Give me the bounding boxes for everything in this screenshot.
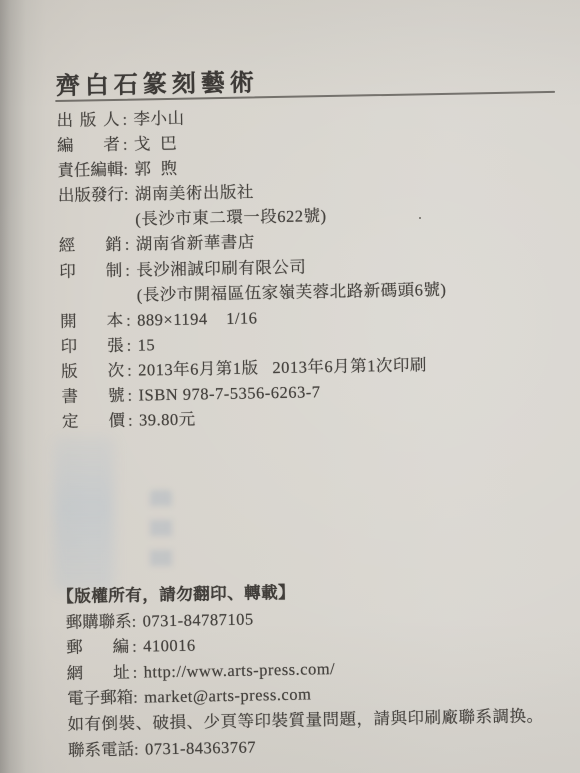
colon-separator: : <box>123 157 134 182</box>
field-label: 版次 <box>61 358 124 384</box>
field-label: 印張 <box>60 333 123 359</box>
field-value: 湖南美術出版社 <box>135 183 254 204</box>
colon-separator: : <box>132 659 143 685</box>
colon-separator: : <box>125 257 136 282</box>
colon-separator: : <box>133 685 144 711</box>
field-value: 410016 <box>143 636 196 656</box>
colon-separator: : <box>131 608 142 634</box>
field-label: 郵編 <box>66 634 129 661</box>
field-label: 開本 <box>60 308 123 334</box>
field-value: (長沙市開福區伍家嶺芙蓉北路新碼頭6號) <box>137 280 447 305</box>
field-value: 2013年6月第1版 2013年6月第1次印刷 <box>138 355 427 379</box>
field-value: 李小山 <box>133 109 184 129</box>
book-title: 齊白石篆刻藝術 <box>56 62 260 101</box>
field-value: market@arts-press.com <box>144 685 312 707</box>
colon-separator: : <box>134 736 145 762</box>
field-value: 長沙湘誠印刷有限公司 <box>136 257 306 279</box>
field-label: 經銷 <box>59 232 122 258</box>
colophon-content: 齊白石篆刻藝術 出版人:李小山 編者:戈 巴 責任編輯:郭 煦 出版發行:湖南美… <box>0 0 580 773</box>
colon-separator: : <box>123 132 134 157</box>
field-label: 出版人 <box>56 107 119 133</box>
field-value: ISBN 978-7-5356-6263-7 <box>138 382 320 404</box>
colon-separator: : <box>126 307 137 332</box>
field-label: 網址 <box>66 660 129 687</box>
book-colophon-page: 齊白石篆刻藝術 出版人:李小山 編者:戈 巴 責任編輯:郭 煦 出版發行:湖南美… <box>0 0 580 773</box>
field-label: 書號 <box>61 383 124 409</box>
colon-separator: : <box>127 358 138 383</box>
colon-separator: : <box>125 232 136 257</box>
publication-info: 出版人:李小山 編者:戈 巴 責任編輯:郭 煦 出版發行:湖南美術出版社 (長沙… <box>56 101 449 434</box>
field-label: 聯系電話 <box>68 736 131 763</box>
field-label: 印制 <box>59 257 122 283</box>
field-value: 15 <box>137 335 155 354</box>
colon-separator: : <box>124 182 135 207</box>
field-value: http://www.arts-press.com/ <box>143 659 335 682</box>
field-value: 戈 巴 <box>134 134 178 154</box>
field-label: 編者 <box>57 132 120 158</box>
field-value: 0731-84363767 <box>145 737 256 758</box>
field-label: 定價 <box>62 408 125 434</box>
colon-separator: : <box>132 634 143 660</box>
field-label: 出版發行 <box>58 182 121 208</box>
field-value: 0731-84787105 <box>143 609 254 630</box>
colon-separator: : <box>126 332 137 357</box>
field-label: 郵購聯系 <box>65 608 128 635</box>
colon-separator: : <box>122 107 133 132</box>
field-label: 電子郵箱 <box>67 685 130 712</box>
contact-info: 【版權所有，請勿翻印、轉載】 郵購聯系:0731-84787105 郵編:410… <box>65 575 544 763</box>
field-value: 郭 煦 <box>134 159 178 179</box>
field-label: 責任編輯 <box>57 157 120 183</box>
field-value: 湖南省新華書店 <box>136 233 255 254</box>
field-value: (長沙市東二環一段622號) <box>135 206 327 229</box>
colon-separator: : <box>127 383 138 408</box>
field-value: 889×1194 1/16 <box>137 308 258 329</box>
field-value: 39.80元 <box>139 410 196 430</box>
colon-separator: : <box>128 408 139 433</box>
